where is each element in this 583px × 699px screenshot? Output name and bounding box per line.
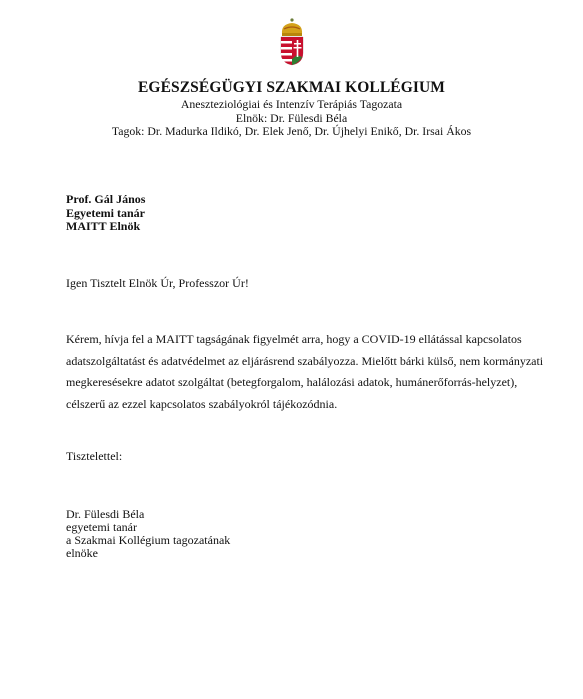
recipient-title: Egyetemi tanár: [66, 207, 145, 221]
hungarian-coat-of-arms-icon: [277, 17, 307, 67]
signer-role: elnöke: [66, 547, 230, 560]
recipient-name: Prof. Gál János: [66, 193, 145, 207]
recipient-block: Prof. Gál János Egyetemi tanár MAITT Eln…: [66, 193, 145, 234]
recipient-role: MAITT Elnök: [66, 220, 145, 234]
salutation: Igen Tisztelt Elnök Úr, Professzor Úr!: [66, 276, 249, 291]
closing: Tisztelettel:: [66, 449, 122, 464]
signature-block: Dr. Fülesdi Béla egyetemi tanár a Szakma…: [66, 508, 230, 560]
section-name: Aneszteziológiai és Intenzív Terápiás Ta…: [0, 97, 583, 112]
organization-title: EGÉSZSÉGÜGYI SZAKMAI KOLLÉGIUM: [0, 79, 583, 97]
letter-body: Kérem, hívja fel a MAITT tagságának figy…: [66, 329, 546, 415]
members-line: Tagok: Dr. Madurka Ildikó, Dr. Elek Jenő…: [0, 124, 583, 139]
